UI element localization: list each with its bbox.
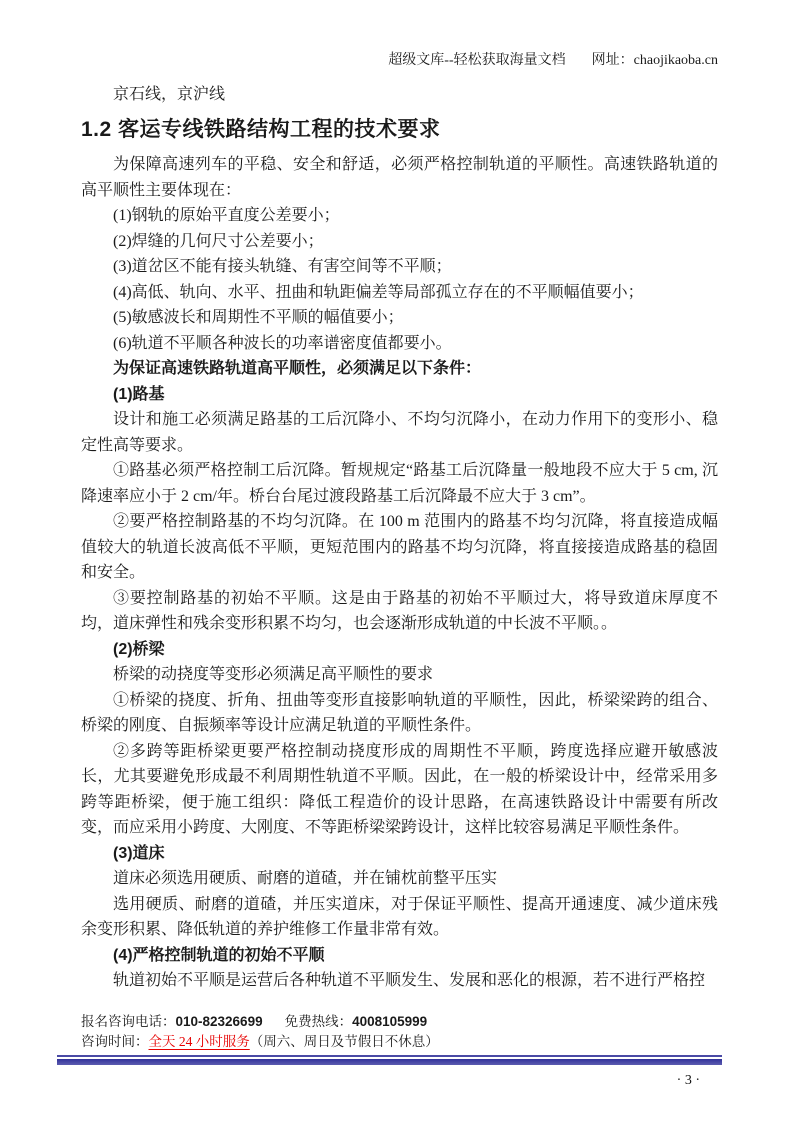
page-header: 超级文库--轻松获取海量文档网址：chaojikaoba.cn [81,52,718,70]
subsection-heading: (4)严格控制轨道的初始不平顺 [81,943,718,969]
document-body: 京石线，京沪线 1.2 客运专线铁路结构工程的技术要求 为保障高速列车的平稳、安… [81,82,718,994]
emphasis-paragraph: 为保证高速铁路轨道高平顺性，必须满足以下条件： [81,356,718,382]
paragraph: ③要控制路基的初始不平顺。这是由于路基的初始不平顺过大，将导致道床厚度不均，道床… [81,586,718,637]
paragraph: ①桥梁的挠度、折角、扭曲等变形直接影响轨道的平顺性，因此，桥梁梁跨的组合、桥梁的… [81,688,718,739]
list-item: (3)道岔区不能有接头轨缝、有害空间等不平顺； [81,254,718,280]
list-item: (4)高低、轨向、水平、扭曲和轨距偏差等局部孤立存在的不平顺幅值要小； [81,280,718,306]
footer-time-note: （周六、周日及节假日不休息） [250,1034,439,1049]
intro-line: 京石线，京沪线 [81,82,718,108]
paragraph: 选用硬质、耐磨的道碴，并压实道床，对于保证平顺性、提高开通速度、减少道床残余变形… [81,892,718,943]
footer-hotline-label: 免费热线： [285,1014,353,1029]
header-url: chaojikaoba.cn [634,53,718,68]
footer-phone-label: 报名咨询电话： [81,1014,176,1029]
footer-contact-line: 报名咨询电话：010-82326699免费热线：4008105999 [57,1012,722,1032]
paragraph: ②要严格控制路基的不均匀沉降。在 100 m 范围内的路基不均匀沉降，将直接造成… [81,509,718,586]
footer-hours-line: 咨询时间：全天 24 小时服务（周六、周日及节假日不休息） [57,1032,722,1052]
paragraph: ①路基必须严格控制工后沉降。暂规规定“路基工后沉降量一般地段不应大于 5 cm,… [81,458,718,509]
list-item: (6)轨道不平顺各种波长的功率谱密度值都要小。 [81,331,718,357]
subsection-heading: (3)道床 [81,841,718,867]
paragraph: 为保障高速列车的平稳、安全和舒适，必须严格控制轨道的平顺性。高速铁路轨道的高平顺… [81,152,718,203]
footer-hotline-number: 4008105999 [352,1014,427,1029]
footer-phone-number: 010-82326699 [176,1014,263,1029]
section-heading: 1.2 客运专线铁路结构工程的技术要求 [81,115,718,145]
document-page: 超级文库--轻松获取海量文档网址：chaojikaoba.cn 京石线，京沪线 … [0,0,793,1122]
subsection-heading: (2)桥梁 [81,637,718,663]
paragraph: 设计和施工必须满足路基的工后沉降小、不均匀沉降小，在动力作用下的变形小、稳定性高… [81,407,718,458]
paragraph: ②多跨等距桥梁更要严格控制动挠度形成的周期性不平顺，跨度选择应避开敏感波长，尤其… [81,739,718,841]
header-site-name: 超级文库--轻松获取海量文档 [388,53,565,68]
footer-time-highlight: 全天 24 小时服务 [149,1034,250,1049]
subsection-heading: (1)路基 [81,382,718,408]
footer-time-label: 咨询时间： [81,1034,149,1049]
footer-divider-thin-line [57,1055,722,1057]
page-footer: 报名咨询电话：010-82326699免费热线：4008105999 咨询时间：… [57,1012,722,1091]
page-number: · 3 · [57,1071,722,1091]
list-item: (2)焊缝的几何尺寸公差要小； [81,229,718,255]
header-url-label: 网址： [592,53,634,68]
paragraph: 桥梁的动挠度等变形必须满足高平顺性的要求 [81,662,718,688]
paragraph: 轨道初始不平顺是运营后各种轨道不平顺发生、发展和恶化的根源，若不进行严格控 [81,968,718,994]
paragraph: 道床必须选用硬质、耐磨的道碴，并在铺枕前整平压实 [81,866,718,892]
list-item: (1)钢轨的原始平直度公差要小； [81,203,718,229]
footer-divider-thick-bar [57,1059,722,1065]
list-item: (5)敏感波长和周期性不平顺的幅值要小； [81,305,718,331]
